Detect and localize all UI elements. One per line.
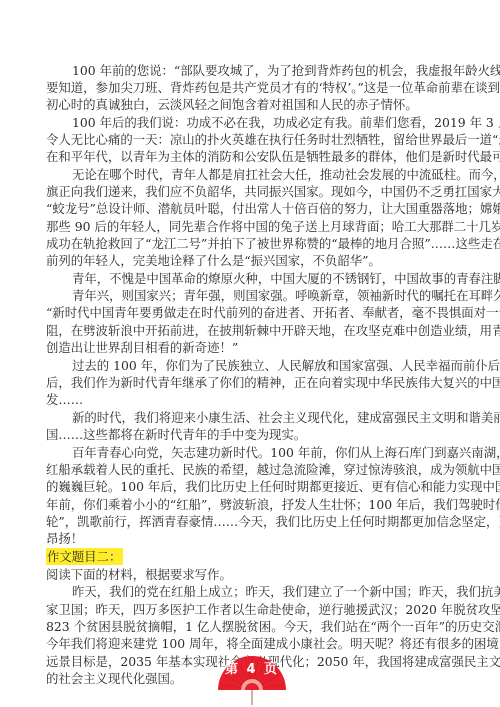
text-line: “新时代中国青年要勇做走在时代前列的奋进者、开拓者、奉献者，毫不畏惧面对一切艰难… [46, 304, 454, 321]
text-line: 阻，在劈波斩浪中开拓前进，在披荆斩棘中开辟天地，在攻坚克难中创造业绩，用青春和汗… [46, 322, 454, 339]
text-line: 发…… [46, 391, 454, 408]
text-line: 成功在轨抢救回了“龙江二号”并拍下了被世界称赞的“最棒的地月合照”……这些走在时… [46, 235, 454, 252]
text-line: 前列的年轻人，完美地诠释了什么是“振兴国家，不负韶华”。 [46, 252, 454, 269]
instruction-text: 阅读下面的材料，根据要求写作。 [46, 566, 454, 583]
text-line: 国……这些都将在新时代青年的手中变为现实。 [46, 426, 454, 443]
fan-icon [214, 648, 290, 707]
text-line: 创造出让世界刮目相看的新奇迹！” [46, 339, 454, 356]
text-line: 100 年前的您说：“部队要攻城了，为了抢到背炸药包的机会，我虚报年龄火线入了党… [46, 62, 454, 79]
essay-topic-2-heading: 作文题目二： [46, 548, 123, 565]
text-line: 初心时的真诚独白，云淡风轻之间饱含着对祖国和人民的赤子情怀。 [46, 96, 454, 113]
text-line: 昨天，我们的党在红船上成立；昨天，我们建立了一个新中国；昨天，我们抗美援朝、保 [46, 583, 454, 600]
text-line: 青年兴，则国家兴；青年强，则国家强。呼唤新章，领袖新时代的嘱托在耳畔久久回响： [46, 287, 454, 304]
text-line: 823 个贫困县脱贫摘帽，1 亿人摆脱贫困。今天，我们站在“两个一百年”的历史交… [46, 618, 454, 635]
text-line: 后，我们作为新时代青年继承了你们的精神，正在向着实现中华民族伟大复兴的中国梦坚定… [46, 374, 454, 391]
document-page: 100 年前的您说：“部队要攻城了，为了抢到背炸药包的机会，我虚报年龄火线入了党… [0, 0, 500, 707]
text-line: 青年，不愧是中国革命的燎原火种，中国大厦的不锈钢钉，中国故事的青春注脚！ [46, 270, 454, 287]
text-line: 年前，你们乘着小小的“红船”，劈波斩浪，抒发人生壮怀；100 年后，我们驾驶时代… [46, 496, 454, 513]
text-line: 红船承载着人民的重托、民族的希望，越过急流险滩，穿过惊涛骇浪，成为领航中国行稳致… [46, 461, 454, 478]
text-line: 家卫国；昨天，四万多医护工作者以生命赴使命，逆行驰援武汉；2020 年脱贫攻坚如… [46, 601, 454, 618]
text-line: 那些 90 后的年轻人，同先辈合作将中国的兔子送上月球背面；哈工大那群二十几岁的… [46, 218, 454, 235]
page-number-badge: 第 4 页 [214, 648, 290, 707]
text-line: 要知道，参加尖刀班、背炸药包是共产党员才有的‘特权’。”这是一位革命前辈在谈到入… [46, 79, 454, 96]
text-line: 过去的 100 年，你们为了民族独立、人民解放和国家富强、人民幸福而前仆后继，1… [46, 357, 454, 374]
text-line: “蛟龙号”总设计师、潜航员叶聪，付出常人十倍百倍的努力，让大国重器落地；嫦娥团队… [46, 200, 454, 217]
text-line: 无论在哪个时代，青年人都是肩扛社会大任，推动社会发展的中流砥柱。而今，责任的大 [46, 166, 454, 183]
text-line: 昂扬！ [46, 530, 454, 547]
text-line: 100 年后的我们说：功成不必在我，功成必定有我。前辈们您看，2019 年 3 … [46, 114, 454, 131]
text-line: 令人无比心痛的一天：凉山的扑火英雄在执行任务时壮烈牺牲，留给世界最后一道“最美逆… [46, 131, 454, 148]
text-line: 轮”，凯歌前行，挥洒青春豪情……今天，我们比历史上任何时期都更加信念坚定，更加斗… [46, 513, 454, 530]
text-line: 百年青春心向党，矢志建功新时代。100 年前，你们从上海石库门到嘉兴南湖，一艘小… [46, 444, 454, 461]
text-line: 旗正向我们递来，我们应不负韶华，共同振兴国家。现如今，中国仍不乏勇扛国家大任的青… [46, 183, 454, 200]
page-number-label: 第 4 页 [214, 658, 290, 677]
text-line: 在和平年代，以青年为主体的消防和公安队伍是牺牲最多的群体，他们是新时代最可爱的人… [46, 148, 454, 165]
text-line: 的巍巍巨轮。100 年后，我们比历史上任何时期都更接近、更有信心和能力实现中国梦… [46, 478, 454, 495]
text-line: 新的时代，我们将迎来小康生活、社会主义现代化，建成富强民主文明和谐美丽的世界强 [46, 409, 454, 426]
